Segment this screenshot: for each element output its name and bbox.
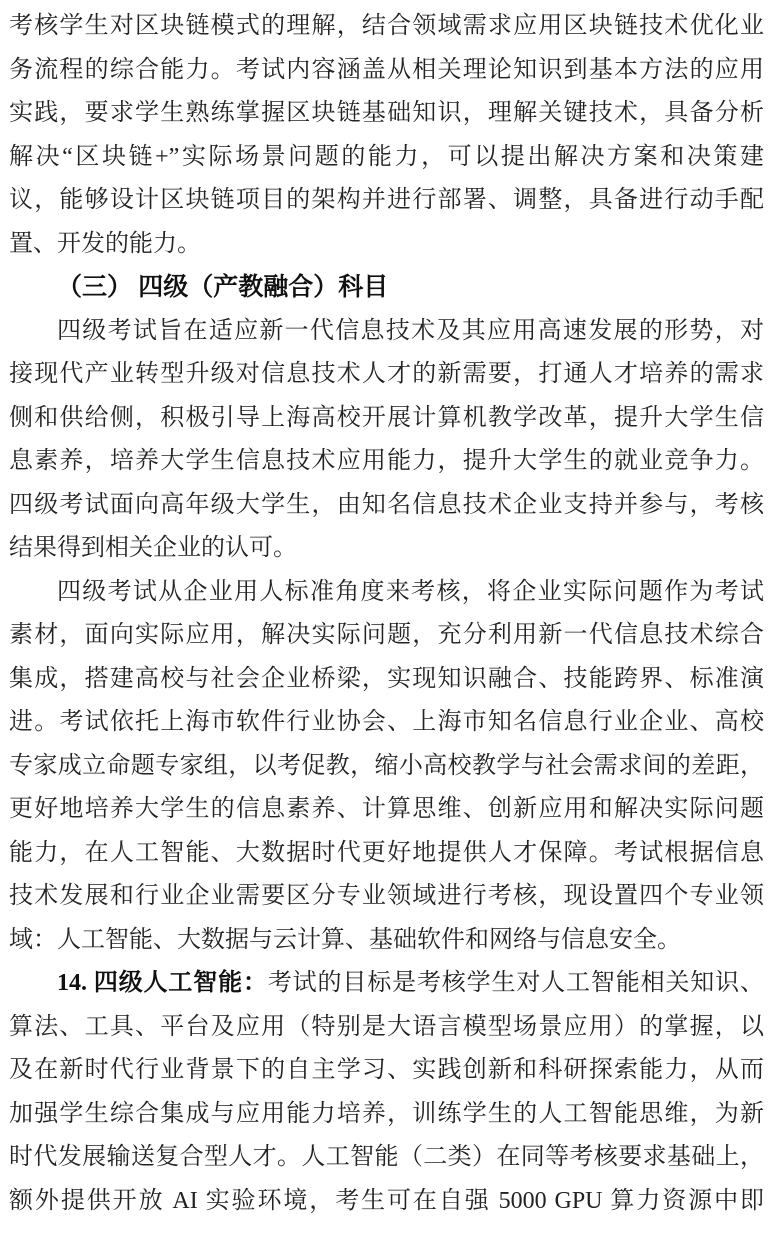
text-run: 结果得到相关企业的认可。 — [9, 535, 297, 561]
text-line: 更好地培养大学生的信息素养、计算思维、创新应用和解决实际问题 — [9, 788, 764, 832]
text-run: 加强学生综合集成与应用能力培养，训练学生的人工智能思维，为新 — [9, 1101, 764, 1127]
text-line: 算法、工具、平台及应用（特别是大语言模型场景应用）的掌握，以 — [9, 1006, 764, 1050]
text-run: 能力，在人工智能、大数据时代更好地提供人才保障。考试根据信息 — [9, 840, 764, 866]
document-page: 考核学生对区块链模式的理解，结合领域需求应用区块链技术优化业务流程的综合能力。考… — [0, 0, 772, 1242]
text-run: 专家成立命题专家组，以考促教，缩小高校教学与社会需求间的差距， — [9, 753, 764, 779]
text-run: 时代发展输送复合型人才。人工智能（二类）在同等考核要求基础上， — [9, 1144, 764, 1170]
bold-text-run: （三） 四级（产教融合）科目 — [57, 274, 388, 301]
text-line: 14. 四级人工智能：考试的目标是考核学生对人工智能相关知识、 — [9, 962, 764, 1006]
text-line: 侧和供给侧，积极引导上海高校开展计算机教学改革，提升大学生信 — [9, 397, 764, 441]
text-run: 技术发展和行业企业需要区分专业领域进行考核，现设置四个专业领 — [9, 883, 764, 909]
text-run: 域：人工智能、大数据与云计算、基础软件和网络与信息安全。 — [9, 927, 681, 953]
text-line: 集成，搭建高校与社会企业桥梁，实现知识融合、技能跨界、标准演 — [9, 658, 764, 702]
text-run: 及在新时代行业背景下的自主学习、实践创新和科研探索能力，从而 — [9, 1057, 764, 1083]
text-line: 四级考试旨在适应新一代信息技术及其应用高速发展的形势，对 — [9, 310, 764, 354]
text-run: 四级考试面向高年级大学生，由知名信息技术企业支持并参与，考核 — [9, 492, 764, 518]
text-run: 实践，要求学生熟练掌握区块链基础知识，理解关键技术，具备分析 — [9, 100, 764, 126]
text-line: 专家成立命题专家组，以考促教，缩小高校教学与社会需求间的差距， — [9, 745, 764, 789]
text-line: 进。考试依托上海市软件行业协会、上海市知名信息行业企业、高校 — [9, 701, 764, 745]
text-line: 技术发展和行业企业需要区分专业领域进行考核，现设置四个专业领 — [9, 875, 764, 919]
text-line: 时代发展输送复合型人才。人工智能（二类）在同等考核要求基础上， — [9, 1136, 764, 1180]
text-run: 算法、工具、平台及应用（特别是大语言模型场景应用）的掌握，以 — [9, 1014, 764, 1040]
section-heading: （三） 四级（产教融合）科目 — [9, 266, 764, 310]
text-line: 考核学生对区块链模式的理解，结合领域需求应用区块链技术优化业 — [9, 5, 764, 49]
text-line: 域：人工智能、大数据与云计算、基础软件和网络与信息安全。 — [9, 919, 764, 963]
text-line: 接现代产业转型升级对信息技术人才的新需要，打通人才培养的需求 — [9, 353, 764, 397]
text-run: 四级考试从企业用人标准角度来考核，将企业实际问题作为考试 — [57, 579, 764, 605]
text-line: 息素养，培养大学生信息技术应用能力，提升大学生的就业竞争力。 — [9, 440, 764, 484]
text-line: 四级考试面向高年级大学生，由知名信息技术企业支持并参与，考核 — [9, 484, 764, 528]
bold-text-run: 14. 四级人工智能： — [57, 970, 268, 996]
text-run: 集成，搭建高校与社会企业桥梁，实现知识融合、技能跨界、标准演 — [9, 666, 764, 692]
text-line: 四级考试从企业用人标准角度来考核，将企业实际问题作为考试 — [9, 571, 764, 615]
text-line: 议，能够设计区块链项目的架构并进行部署、调整，具备进行动手配 — [9, 179, 764, 223]
text-run: 进。考试依托上海市软件行业协会、上海市知名信息行业企业、高校 — [9, 709, 764, 735]
text-line: 额外提供开放 AI 实验环境，考生可在自强 5000 GPU 算力资源中即 — [9, 1180, 764, 1224]
text-run: 务流程的综合能力。考试内容涵盖从相关理论知识到基本方法的应用 — [9, 57, 764, 83]
text-run: 接现代产业转型升级对信息技术人才的新需要，打通人才培养的需求 — [9, 361, 764, 387]
text-line: 务流程的综合能力。考试内容涵盖从相关理论知识到基本方法的应用 — [9, 49, 764, 93]
text-run: 素材，面向实际应用，解决实际问题，充分利用新一代信息技术综合 — [9, 622, 764, 648]
text-run: 息素养，培养大学生信息技术应用能力，提升大学生的就业竞争力。 — [9, 448, 764, 474]
text-run: 侧和供给侧，积极引导上海高校开展计算机教学改革，提升大学生信 — [9, 405, 764, 431]
text-line: 结果得到相关企业的认可。 — [9, 527, 764, 571]
text-line: 解决“区块链+”实际场景问题的能力，可以提出解决方案和决策建 — [9, 136, 764, 180]
text-run: 更好地培养大学生的信息素养、计算思维、创新应用和解决实际问题 — [9, 796, 764, 822]
text-run: 考核学生对区块链模式的理解，结合领域需求应用区块链技术优化业 — [9, 13, 764, 39]
text-run: 额外提供开放 AI 实验环境，考生可在自强 5000 GPU 算力资源中即 — [9, 1188, 764, 1214]
text-line: 及在新时代行业背景下的自主学习、实践创新和科研探索能力，从而 — [9, 1049, 764, 1093]
text-line: 加强学生综合集成与应用能力培养，训练学生的人工智能思维，为新 — [9, 1093, 764, 1137]
text-line: 置、开发的能力。 — [9, 223, 764, 267]
text-line: 实践，要求学生熟练掌握区块链基础知识，理解关键技术，具备分析 — [9, 92, 764, 136]
text-run: 置、开发的能力。 — [9, 231, 201, 257]
text-run: 考试的目标是考核学生对人工智能相关知识、 — [268, 970, 764, 996]
text-run: 议，能够设计区块链项目的架构并进行部署、调整，具备进行动手配 — [9, 187, 764, 213]
text-line: 能力，在人工智能、大数据时代更好地提供人才保障。考试根据信息 — [9, 832, 764, 876]
text-line: 素材，面向实际应用，解决实际问题，充分利用新一代信息技术综合 — [9, 614, 764, 658]
text-run: 四级考试旨在适应新一代信息技术及其应用高速发展的形势，对 — [57, 318, 764, 344]
text-run: 解决“区块链+”实际场景问题的能力，可以提出解决方案和决策建 — [9, 144, 764, 170]
